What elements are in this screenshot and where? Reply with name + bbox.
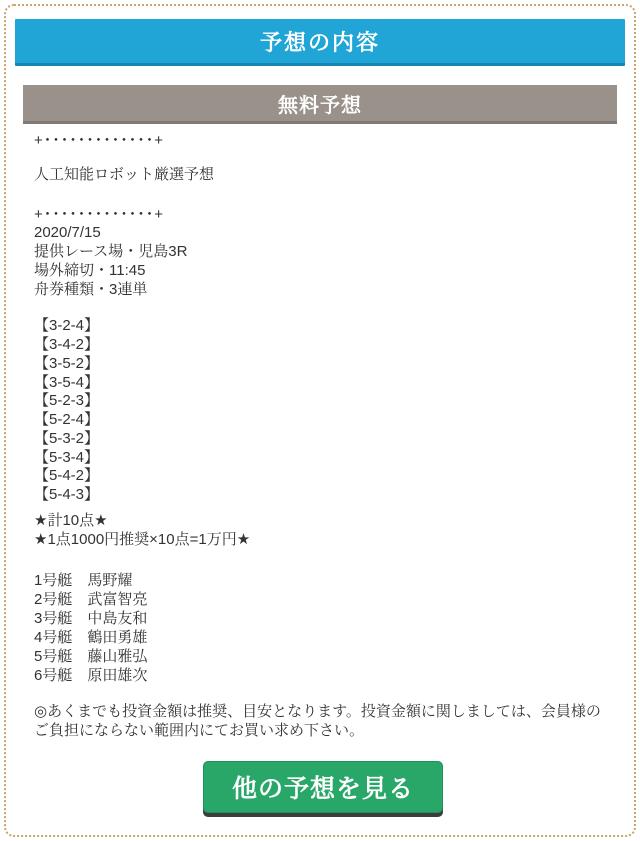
prediction-content: +･････････････+ 人工知能ロボット厳選予想 +･･････････… (6, 124, 634, 835)
page-title: 予想の内容 (15, 19, 625, 66)
race-info: 2020/7/15 提供レース場・児島3R 場外締切・11:45 舟券種類・3連… (34, 224, 612, 299)
prediction-card: 予想の内容 無料予想 +･････････････+ 人工知能ロボット厳選予想 … (4, 4, 636, 837)
see-other-predictions-button[interactable]: 他の予想を見る (203, 761, 443, 813)
prediction-headline: 人工知能ロボット厳選予想 (34, 166, 612, 185)
investment-disclaimer: ◎あくまでも投資金額は推奨、目安となります。投資金額に関しましては、会員様のご負… (34, 702, 612, 741)
separator-top: +･････････････+ (34, 132, 612, 151)
separator-mid: +･････････････+ (34, 206, 612, 225)
section-title-free-prediction: 無料予想 (23, 85, 617, 124)
button-row: 他の予想を見る (34, 761, 612, 835)
prediction-picks-list: 【3-2-4】 【3-4-2】 【3-5-2】 【3-5-4】 【5-2-3】 … (34, 317, 612, 505)
boat-racer-list: 1号艇 馬野耀 2号艇 武富智亮 3号艇 中島友和 4号艇 鶴田勇雄 5号艇 藤… (34, 571, 612, 685)
points-and-stake-note: ★計10点★ ★1点1000円推奨×10点=1万円★ (34, 512, 612, 550)
